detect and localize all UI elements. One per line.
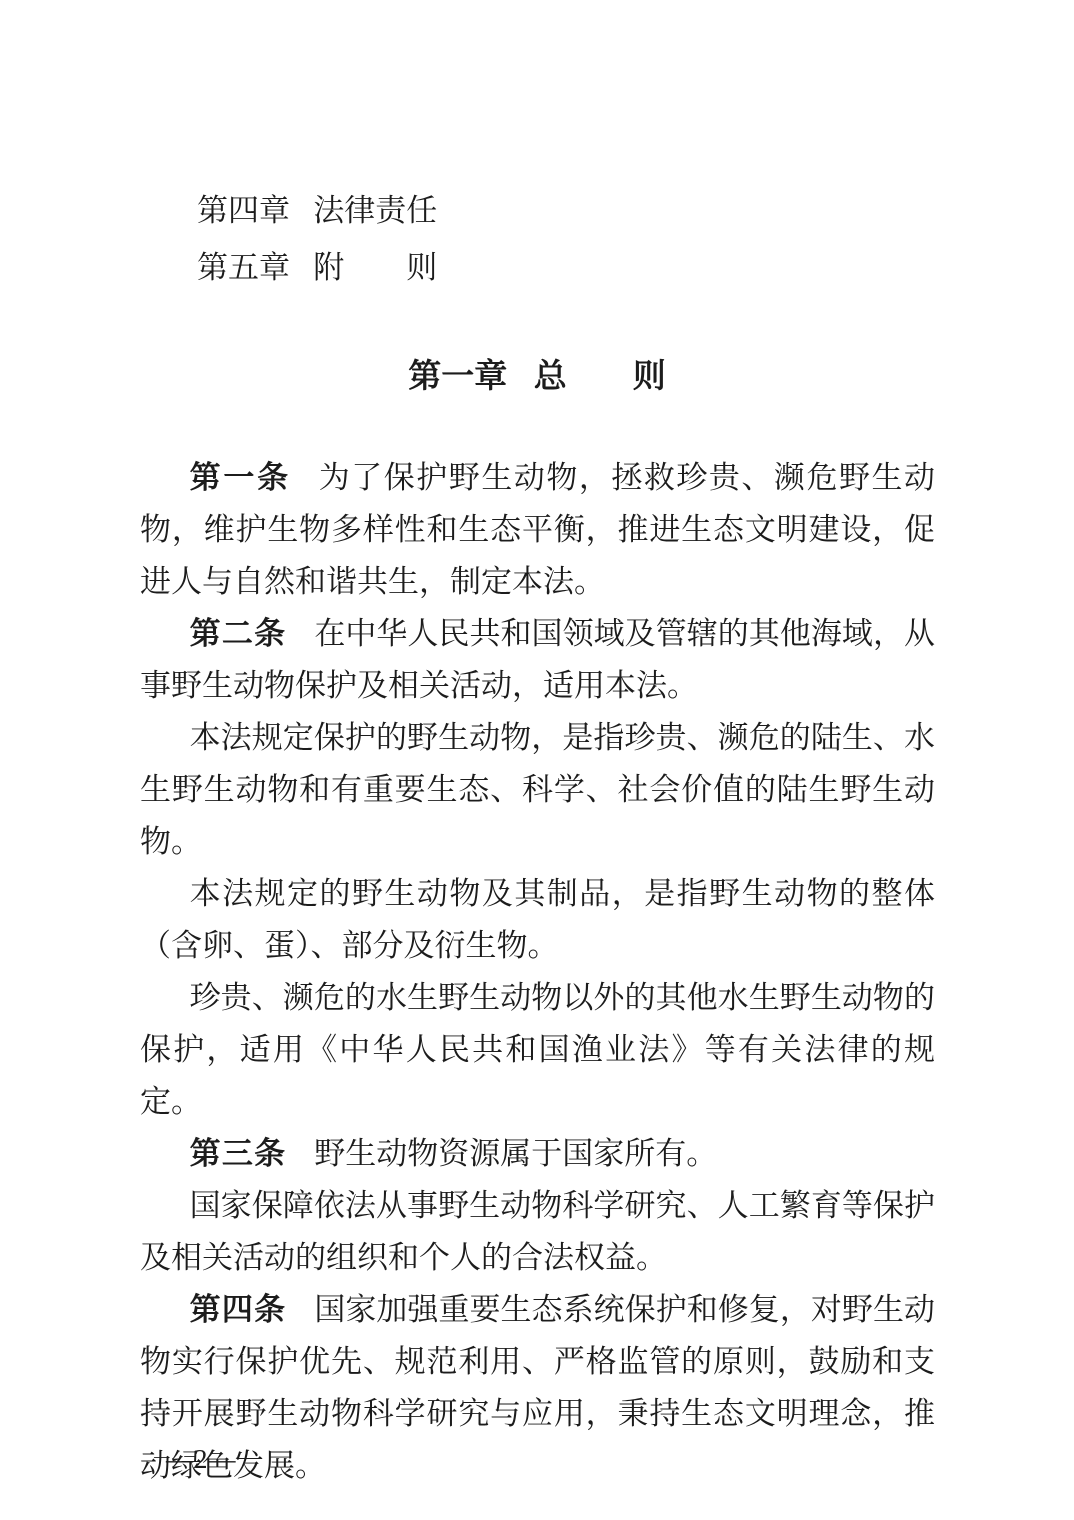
- article-number-label: 第一条: [190, 460, 291, 495]
- article-text: 本法规定的野生动物及其制品，是指野生动物的整体（含卵、蛋）、部分及衍生物。: [140, 876, 935, 963]
- article-paragraph: 本法规定的野生动物及其制品，是指野生动物的整体（含卵、蛋）、部分及衍生物。: [140, 868, 935, 972]
- article-text: 珍贵、濒危的水生野生动物以外的其他水生野生动物的保护，适用《中华人民共和国渔业法…: [140, 980, 935, 1119]
- toc-chapter-number: 第四章: [197, 193, 290, 228]
- article-paragraph: 珍贵、濒危的水生野生动物以外的其他水生野生动物的保护，适用《中华人民共和国渔业法…: [140, 972, 935, 1128]
- article-paragraph: 第二条在中华人民共和国领域及管辖的其他海域，从事野生动物保护及相关活动，适用本法…: [140, 608, 935, 712]
- article-text: 野生动物资源属于国家所有。: [314, 1136, 717, 1171]
- article-paragraph: 本法规定保护的野生动物，是指珍贵、濒危的陆生、水生野生动物和有重要生态、科学、社…: [140, 712, 935, 868]
- article-text: 本法规定保护的野生动物，是指珍贵、濒危的陆生、水生野生动物和有重要生态、科学、社…: [140, 720, 935, 859]
- toc-item-chapter-5: 第五章附 则: [197, 239, 437, 296]
- chapter-heading-title: 总 则: [534, 357, 666, 394]
- toc-chapter-title: 附 则: [313, 250, 437, 285]
- toc-chapter-number: 第五章: [197, 250, 290, 285]
- document-page: 第四章法律责任 第五章附 则 第一章总 则 第一条为了保护野生动物，拯救珍贵、濒…: [0, 0, 1074, 1520]
- table-of-contents: 第四章法律责任 第五章附 则: [197, 182, 437, 296]
- article-number-label: 第四条: [190, 1292, 287, 1327]
- article-paragraph: 第三条野生动物资源属于国家所有。: [140, 1128, 935, 1180]
- toc-chapter-title: 法律责任: [313, 193, 437, 228]
- article-paragraph: 第四条国家加强重要生态系统保护和修复，对野生动物实行保护优先、规范利用、严格监管…: [140, 1284, 935, 1492]
- article-number-label: 第三条: [190, 1136, 287, 1171]
- article-text: 国家保障依法从事野生动物科学研究、人工繁育等保护及相关活动的组织和个人的合法权益…: [140, 1188, 935, 1275]
- chapter-heading: 第一章总 则: [0, 350, 1074, 397]
- toc-item-chapter-4: 第四章法律责任: [197, 182, 437, 239]
- page-number: —2—: [166, 1442, 237, 1476]
- article-body: 第一条为了保护野生动物，拯救珍贵、濒危野生动物，维护生物多样性和生态平衡，推进生…: [140, 452, 935, 1492]
- article-number-label: 第二条: [190, 616, 287, 651]
- chapter-heading-number: 第一章: [408, 357, 507, 394]
- article-paragraph: 国家保障依法从事野生动物科学研究、人工繁育等保护及相关活动的组织和个人的合法权益…: [140, 1180, 935, 1284]
- article-paragraph: 第一条为了保护野生动物，拯救珍贵、濒危野生动物，维护生物多样性和生态平衡，推进生…: [140, 452, 935, 608]
